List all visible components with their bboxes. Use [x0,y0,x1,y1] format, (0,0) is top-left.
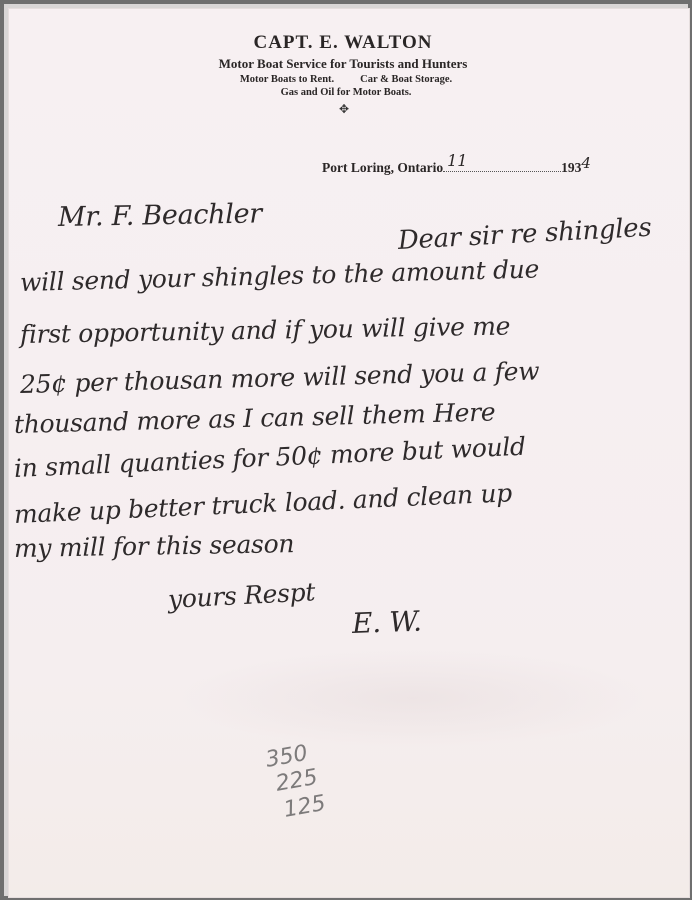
year-digit: 4 [581,154,591,172]
letterhead-gas-oil: Gas and Oil for Motor Boats. [0,87,692,98]
dateline-place: Port Loring, Ontario [322,160,443,175]
letterhead: CAPT. E. WALTON Motor Boat Service for T… [0,30,692,116]
date-blank: 11 [443,159,561,172]
service-boats-rent: Motor Boats to Rent. [240,74,334,85]
letterhead-subtitle: Motor Boat Service for Tourists and Hunt… [0,56,692,72]
ornament-icon: ✥ [0,102,692,116]
service-storage: Car & Boat Storage. [360,74,452,85]
date-day: 11 [447,151,467,170]
bleed-through-stain [178,648,648,748]
addressee: Mr. F. Beachler [58,198,262,233]
letterhead-title: CAPT. E. WALTON [0,32,692,54]
letterhead-services: Motor Boats to Rent.Car & Boat Storage. [0,74,692,85]
year-prefix: 193 [561,160,581,175]
letter-line-7: my mill for this season [14,529,295,563]
signature: E. W. [351,605,422,640]
dateline: Port Loring, Ontario111934 [322,158,591,176]
